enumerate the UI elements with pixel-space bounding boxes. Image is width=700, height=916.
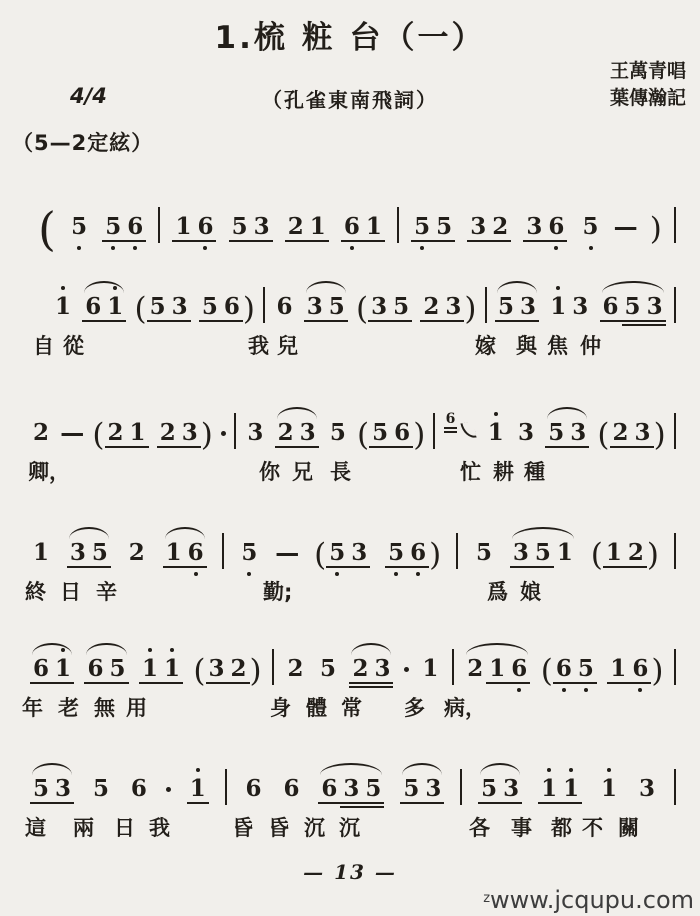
note: 3 bbox=[523, 214, 545, 242]
note: 1 bbox=[161, 656, 183, 684]
lyric-syllable: 終 bbox=[25, 576, 46, 606]
note: 3 bbox=[340, 776, 362, 808]
note-group: 11 bbox=[139, 656, 183, 682]
lyric-syllable: 體 bbox=[306, 692, 327, 722]
barline bbox=[234, 413, 236, 449]
note: 3 bbox=[297, 420, 319, 448]
note: 5 bbox=[30, 776, 52, 804]
note: 2 bbox=[126, 540, 148, 566]
note-group: (53 bbox=[314, 540, 370, 566]
note-group: 36 bbox=[523, 214, 567, 240]
lyric-syllable: 身 bbox=[270, 692, 291, 722]
note: 6 bbox=[30, 656, 52, 684]
lyrics-row: 年老無用身體常多病， bbox=[0, 692, 700, 724]
note: 1 bbox=[607, 656, 629, 684]
lyric-syllable: 焦 bbox=[547, 330, 568, 360]
note: 1 bbox=[139, 656, 161, 684]
notes-row: 1352165—(5356)5351(12) bbox=[0, 514, 700, 570]
lyric-syllable: 老 bbox=[58, 692, 79, 722]
note: 6 bbox=[243, 776, 265, 802]
note: 3 bbox=[304, 294, 326, 322]
octave-dot-high bbox=[113, 286, 117, 290]
note: 5 bbox=[89, 540, 111, 568]
note: 3 bbox=[569, 294, 591, 320]
note: 2 bbox=[625, 540, 647, 568]
octave-dot-high bbox=[148, 648, 152, 652]
note: 5 bbox=[326, 540, 348, 568]
slur-note-group: 635 bbox=[318, 776, 384, 802]
note-group: 1 bbox=[30, 540, 52, 566]
lyric-syllable: 都 bbox=[551, 812, 572, 842]
note: 1 bbox=[104, 294, 126, 322]
lyric-syllable: 與 bbox=[516, 330, 537, 360]
lyric-syllable: 忙 bbox=[460, 456, 481, 486]
note-group: (35 bbox=[356, 294, 412, 320]
note: 1 bbox=[538, 776, 560, 804]
octave-dot-low bbox=[589, 246, 593, 250]
sheet-music-page: 1.梳 粧 台（一） 4/4 （孔雀東南飛詞） 王萬青唱 葉傳瀚記 （5—2定絃… bbox=[0, 0, 700, 916]
note: 3 bbox=[368, 294, 390, 322]
lyric-syllable: 我 bbox=[248, 330, 269, 360]
barline bbox=[263, 287, 265, 323]
note: 3 bbox=[567, 420, 589, 448]
barline bbox=[452, 649, 454, 685]
octave-dot-high bbox=[494, 412, 498, 416]
note-group: 1 bbox=[485, 420, 507, 446]
note-group: 6 bbox=[243, 776, 265, 802]
octave-dot-low bbox=[420, 246, 424, 250]
lyric-syllable: 兄 bbox=[292, 456, 313, 486]
note: 2 bbox=[489, 214, 511, 242]
note: 3 bbox=[500, 776, 522, 804]
music-system: (556165321615532365—) bbox=[0, 188, 700, 244]
augmentation-dot bbox=[404, 667, 409, 672]
note: 6 bbox=[221, 294, 243, 322]
note-group: 1 bbox=[598, 776, 620, 802]
note-group: 56) bbox=[199, 294, 255, 320]
octave-dot-low bbox=[133, 246, 137, 250]
slur-note-group: 53 bbox=[478, 776, 522, 802]
note-group: 6 bbox=[444, 431, 458, 446]
notes-row: 2—(2123)3235(56)61353(23) bbox=[0, 394, 700, 450]
note: 5 bbox=[473, 540, 495, 566]
note: 2 bbox=[157, 420, 179, 448]
note: 6 bbox=[391, 420, 413, 448]
note: 1 bbox=[307, 214, 329, 242]
music-paren: ( bbox=[92, 422, 104, 448]
note-group: 23) bbox=[157, 420, 213, 446]
note: 2 bbox=[464, 656, 486, 682]
lyric-syllable: 沉 bbox=[339, 812, 360, 842]
lyric-syllable: 日 bbox=[60, 576, 81, 606]
note-group: (12) bbox=[591, 540, 659, 566]
note: 3 bbox=[442, 294, 464, 322]
note: 2 bbox=[349, 656, 371, 688]
note: 3 bbox=[517, 294, 539, 322]
note: 5 bbox=[575, 656, 597, 684]
barline bbox=[222, 533, 224, 569]
note: 1 bbox=[30, 540, 52, 566]
note: 6 bbox=[629, 656, 651, 684]
lyric-syllable: 長 bbox=[330, 456, 351, 486]
note-group: 16) bbox=[607, 656, 663, 682]
lyric-syllable: 沉 bbox=[304, 812, 325, 842]
octave-dot-low bbox=[77, 246, 81, 250]
lyric-syllable: 關 bbox=[618, 812, 639, 842]
note: 3 bbox=[348, 540, 370, 568]
note: 1 bbox=[363, 214, 385, 242]
note: 6 bbox=[82, 294, 104, 322]
music-paren: ) bbox=[250, 658, 262, 684]
lyric-syllable: 病， bbox=[444, 692, 486, 722]
barline bbox=[433, 413, 435, 449]
octave-dot-high bbox=[61, 648, 65, 652]
lyric-syllable: 常 bbox=[341, 692, 362, 722]
note: 3 bbox=[510, 540, 532, 568]
lyric-syllable: 你 bbox=[259, 456, 280, 486]
note: 5 bbox=[369, 420, 391, 448]
slur-note-group: 351 bbox=[510, 540, 576, 566]
octave-dot-low bbox=[111, 246, 115, 250]
slur-note-group: 23 bbox=[275, 420, 319, 446]
barline bbox=[158, 207, 160, 243]
note: 5 bbox=[400, 776, 422, 804]
note-group: 5 bbox=[327, 420, 349, 446]
note: 6 bbox=[553, 656, 575, 684]
note: 2 bbox=[30, 420, 52, 446]
music-paren: ( bbox=[356, 296, 368, 322]
note-group: 1 bbox=[187, 776, 209, 802]
music-system: 616511(32)25231216(6516)年老無用身體常多病， bbox=[0, 630, 700, 724]
lyric-syllable: 娘 bbox=[520, 576, 541, 606]
octave-dot-high bbox=[547, 768, 551, 772]
barline bbox=[485, 287, 487, 323]
note-group: 6 bbox=[280, 776, 302, 802]
lyrics-row: 自從我兒嫁與焦仲 bbox=[0, 330, 700, 362]
slur-note-group: 16 bbox=[163, 540, 207, 566]
lyric-syllable: 昏 bbox=[268, 812, 289, 842]
lyric-syllable: 兒 bbox=[277, 330, 298, 360]
music-system: 2—(2123)3235(56)61353(23)卿，你兄長忙耕種 bbox=[0, 394, 700, 488]
note: 3 bbox=[52, 776, 74, 804]
note: 2 bbox=[610, 420, 632, 448]
note: 2 bbox=[105, 420, 127, 448]
notes-row: 161(5356)635(3523)5313653 bbox=[0, 268, 700, 324]
octave-dot-high bbox=[61, 286, 65, 290]
music-system: 161(5356)635(3523)5313653自從我兒嫁與焦仲 bbox=[0, 268, 700, 362]
note-group: 13 bbox=[547, 294, 591, 320]
music-paren: ( bbox=[38, 214, 56, 244]
octave-dot-high bbox=[170, 648, 174, 652]
barline bbox=[674, 413, 676, 449]
lyric-syllable: 多 bbox=[404, 692, 425, 722]
note-group: (56) bbox=[357, 420, 425, 446]
note: 6 bbox=[194, 214, 216, 242]
music-system: 1352165—(5356)5351(12)終日辛勤;爲娘 bbox=[0, 514, 700, 608]
music-paren: ( bbox=[597, 422, 609, 448]
octave-dot-high bbox=[607, 768, 611, 772]
notes-row: 535616663553531113 bbox=[0, 750, 700, 806]
note: 1 bbox=[52, 294, 74, 320]
note-group: 5 bbox=[317, 656, 339, 682]
lyrics-row: 這兩日我昏昏沉沉各事都不關 bbox=[0, 812, 700, 844]
lyric-syllable: 仲 bbox=[580, 330, 601, 360]
barline bbox=[225, 769, 227, 805]
notes-row: 616511(32)25231216(6516) bbox=[0, 630, 700, 686]
lyric-syllable: 從 bbox=[63, 330, 84, 360]
note: 2 bbox=[275, 420, 297, 448]
music-paren: ) bbox=[654, 422, 666, 448]
note: 5 bbox=[106, 656, 128, 684]
slur-note-group: 53 bbox=[545, 420, 589, 446]
slur-note-group: 61 bbox=[30, 656, 74, 682]
lyric-syllable: 無 bbox=[94, 692, 115, 722]
augmentation-dot bbox=[166, 787, 171, 792]
barline bbox=[460, 769, 462, 805]
note: 6 bbox=[318, 776, 340, 804]
lyric-syllable: 嫁 bbox=[475, 330, 496, 360]
note-group: 1 bbox=[419, 656, 441, 682]
note: 1 bbox=[486, 656, 508, 684]
note-group: 23) bbox=[420, 294, 476, 320]
note: 5 bbox=[545, 420, 567, 448]
page-number: — 13 — bbox=[0, 860, 700, 884]
octave-dot-low bbox=[554, 246, 558, 250]
note: 5 bbox=[229, 214, 251, 242]
lyric-syllable: 用 bbox=[126, 692, 147, 722]
lyric-syllable: 辛 bbox=[96, 576, 117, 606]
dash-note: — bbox=[60, 420, 84, 446]
lyrics-row: 終日辛勤;爲娘 bbox=[0, 576, 700, 608]
note: 3 bbox=[179, 420, 201, 448]
note: 5 bbox=[102, 214, 124, 242]
note: 3 bbox=[632, 420, 654, 448]
music-paren: ) bbox=[201, 422, 213, 448]
note-group: 56 bbox=[102, 214, 146, 240]
lyric-syllable: 勤; bbox=[263, 576, 292, 606]
note: 2 bbox=[285, 214, 307, 242]
lyrics-row: 卿，你兄長忙耕種 bbox=[0, 456, 700, 488]
slur-note-group: 53 bbox=[400, 776, 444, 802]
grace-slur bbox=[460, 421, 476, 440]
barline bbox=[272, 649, 274, 685]
note: 3 bbox=[636, 776, 658, 802]
note: 2 bbox=[285, 656, 307, 682]
note: 3 bbox=[206, 656, 228, 684]
note-group: 2 bbox=[126, 540, 148, 566]
note: 6 bbox=[508, 656, 530, 684]
lyric-syllable: 年 bbox=[22, 692, 43, 722]
note: 6 bbox=[128, 776, 150, 802]
note-group: (53 bbox=[135, 294, 191, 320]
slur-note-group: 35 bbox=[304, 294, 348, 320]
note: 5 bbox=[580, 214, 602, 240]
note-group: 5 bbox=[238, 540, 260, 566]
note-group: 5 bbox=[90, 776, 112, 802]
note: 1 bbox=[603, 540, 625, 568]
barline bbox=[674, 287, 676, 323]
note: 5 bbox=[326, 294, 348, 322]
note: 6 bbox=[600, 294, 622, 322]
note: 1 bbox=[419, 656, 441, 682]
barline bbox=[674, 207, 676, 243]
note: 5 bbox=[68, 214, 90, 240]
octave-dot-high bbox=[556, 286, 560, 290]
note-group: 5 bbox=[473, 540, 495, 566]
slur-note-group: 35 bbox=[67, 540, 111, 566]
note-group: 3 bbox=[244, 420, 266, 446]
dash-note: — bbox=[614, 214, 638, 240]
note-group: 2 bbox=[285, 656, 307, 682]
lyric-syllable: 種 bbox=[524, 456, 545, 486]
slur-note-group: 65 bbox=[84, 656, 128, 682]
music-paren: ) bbox=[413, 422, 425, 448]
note-group: 21 bbox=[285, 214, 329, 240]
music-paren: ( bbox=[541, 658, 553, 684]
note: 3 bbox=[644, 294, 666, 326]
note: 6 bbox=[274, 294, 296, 320]
note-group: 53 bbox=[229, 214, 273, 240]
note-group: 5 bbox=[580, 214, 602, 240]
note: 3 bbox=[169, 294, 191, 322]
note: 5 bbox=[317, 656, 339, 682]
note: 6 bbox=[84, 656, 106, 684]
note: 6 bbox=[124, 214, 146, 242]
note: 5 bbox=[385, 540, 407, 568]
note-group: 1 bbox=[52, 294, 74, 320]
note: 1 bbox=[485, 420, 507, 446]
note-group: 16 bbox=[172, 214, 216, 240]
score: (556165321615532365—)161(5356)635(3523)5… bbox=[0, 0, 700, 916]
note: 5 bbox=[478, 776, 500, 804]
note: 3 bbox=[467, 214, 489, 242]
music-paren: ( bbox=[135, 296, 147, 322]
note-group: (65 bbox=[541, 656, 597, 682]
music-paren: ) bbox=[651, 658, 663, 684]
note: 6 bbox=[185, 540, 207, 568]
note: 3 bbox=[67, 540, 89, 568]
augmentation-dot bbox=[221, 431, 226, 436]
note: 5 bbox=[390, 294, 412, 322]
slur-note-group: 216 bbox=[464, 656, 530, 682]
barline bbox=[456, 533, 458, 569]
note: 5 bbox=[532, 540, 554, 568]
note-group: 61 bbox=[341, 214, 385, 240]
note: 5 bbox=[238, 540, 260, 566]
note: 1 bbox=[547, 294, 569, 320]
note-group: 3 bbox=[636, 776, 658, 802]
lyric-syllable: 事 bbox=[511, 812, 532, 842]
barline bbox=[674, 649, 676, 685]
watermark-text: www.jcqupu.com bbox=[490, 886, 694, 914]
barline bbox=[674, 533, 676, 569]
note: 1 bbox=[560, 776, 582, 804]
music-paren: ) bbox=[429, 542, 441, 568]
grace-note: 6 bbox=[444, 412, 458, 433]
note: 3 bbox=[371, 656, 393, 688]
lyric-syllable: 我 bbox=[149, 812, 170, 842]
note-group: (21 bbox=[92, 420, 148, 446]
note: 5 bbox=[622, 294, 644, 326]
lyric-syllable: 自 bbox=[33, 330, 54, 360]
slur-note-group: 653 bbox=[600, 294, 666, 320]
lyric-syllable: 這 bbox=[25, 812, 46, 842]
octave-dot-low bbox=[350, 246, 354, 250]
music-system: 535616663553531113這兩日我昏昏沉沉各事都不關 bbox=[0, 750, 700, 844]
lyric-syllable: 爲 bbox=[487, 576, 508, 606]
lyric-syllable: 昏 bbox=[232, 812, 253, 842]
note: 6 bbox=[407, 540, 429, 568]
note-group: (23) bbox=[597, 420, 665, 446]
note-group: 6 bbox=[274, 294, 296, 320]
note: 5 bbox=[90, 776, 112, 802]
note: 5 bbox=[411, 214, 433, 242]
slur-note-group: 53 bbox=[495, 294, 539, 320]
slur-note-group: 23 bbox=[349, 656, 393, 682]
note-group: 5 bbox=[68, 214, 90, 240]
note: 1 bbox=[163, 540, 185, 568]
music-paren: ( bbox=[314, 542, 326, 568]
note-group: 32 bbox=[467, 214, 511, 240]
octave-dot-high bbox=[569, 768, 573, 772]
note: 6 bbox=[341, 214, 363, 242]
note: 5 bbox=[433, 214, 455, 242]
notes-row: (556165321615532365—) bbox=[0, 188, 700, 244]
note: 5 bbox=[362, 776, 384, 808]
dash-note: — bbox=[275, 540, 299, 566]
music-paren: ( bbox=[357, 422, 369, 448]
watermark: zwww.jcqupu.com bbox=[483, 886, 694, 914]
note: 3 bbox=[244, 420, 266, 446]
note-group: 3 bbox=[515, 420, 537, 446]
lyric-syllable: 耕 bbox=[493, 456, 514, 486]
note: 1 bbox=[127, 420, 149, 448]
note: 1 bbox=[598, 776, 620, 802]
note: 6 bbox=[545, 214, 567, 242]
note-group: 2 bbox=[30, 420, 52, 446]
note: 3 bbox=[422, 776, 444, 804]
barline bbox=[397, 207, 399, 243]
lyric-syllable: 兩 bbox=[73, 812, 94, 842]
barline bbox=[674, 769, 676, 805]
note: 1 bbox=[52, 656, 74, 684]
note: 6 bbox=[280, 776, 302, 802]
lyric-syllable: 不 bbox=[582, 812, 603, 842]
note-group: 6 bbox=[128, 776, 150, 802]
lyric-syllable: 日 bbox=[114, 812, 135, 842]
music-paren: ) bbox=[243, 296, 255, 322]
note: 5 bbox=[199, 294, 221, 322]
music-paren: ) bbox=[650, 216, 662, 242]
lyric-syllable: 各 bbox=[469, 812, 490, 842]
note-group: 11 bbox=[538, 776, 582, 802]
music-paren: ( bbox=[193, 658, 205, 684]
octave-dot-low bbox=[203, 246, 207, 250]
music-paren: ) bbox=[464, 296, 476, 322]
music-paren: ( bbox=[591, 542, 603, 568]
note-group: 55 bbox=[411, 214, 455, 240]
note: 5 bbox=[327, 420, 349, 446]
note-group: (32) bbox=[193, 656, 261, 682]
note: 5 bbox=[495, 294, 517, 322]
music-paren: ) bbox=[647, 542, 659, 568]
note: 2 bbox=[420, 294, 442, 322]
note: 1 bbox=[554, 540, 576, 566]
octave-dot-high bbox=[196, 768, 200, 772]
note: 1 bbox=[187, 776, 209, 804]
slur-note-group: 61 bbox=[82, 294, 126, 320]
note: 2 bbox=[228, 656, 250, 684]
